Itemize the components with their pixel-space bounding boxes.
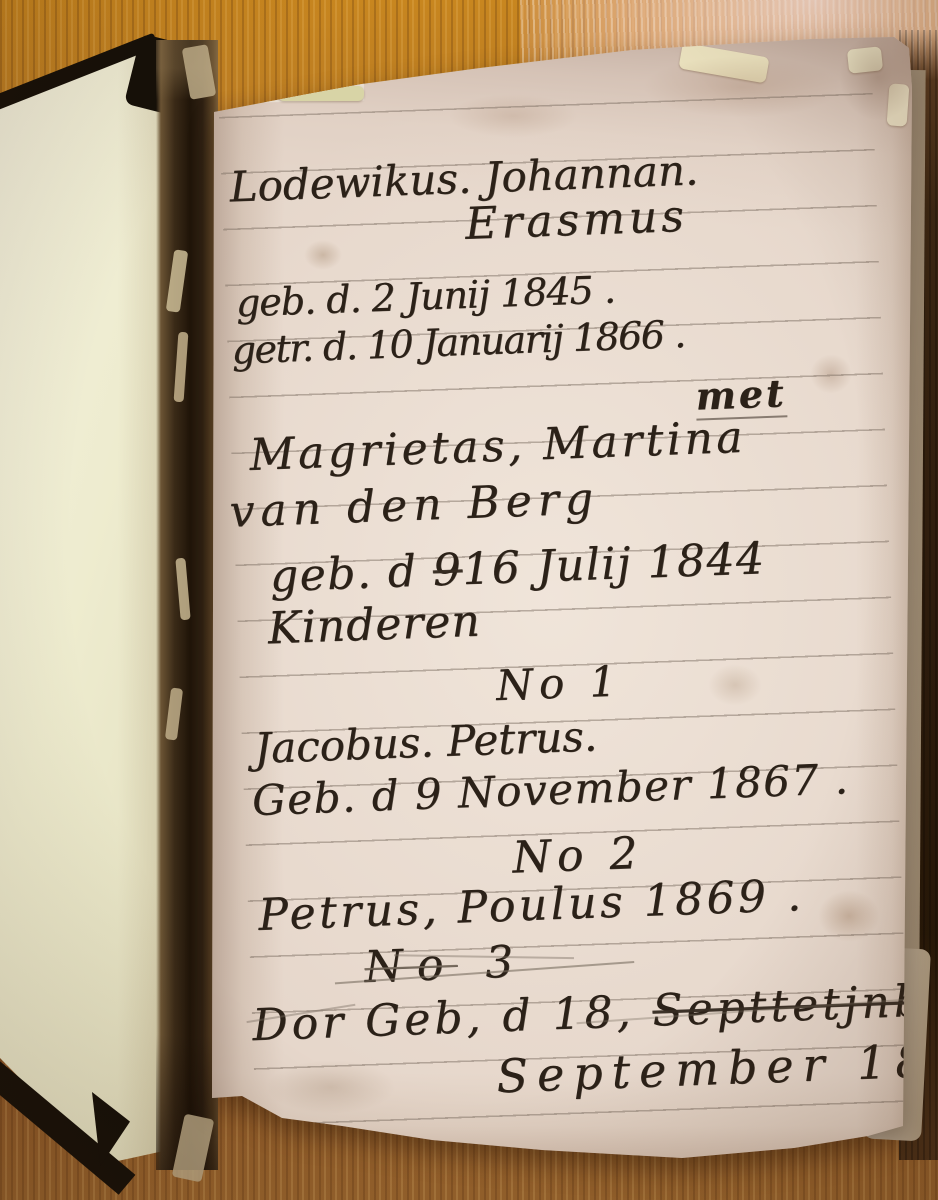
struck-text: 9 <box>432 544 463 596</box>
handwriting-line-no3: No 3 <box>363 936 528 993</box>
register-page-paper: Lodewikus. Johannan. Erasmus geb. d. 2 J… <box>212 28 918 1168</box>
handwriting-line-groom-surname: Erasmus <box>464 191 688 250</box>
page-content: Lodewikus. Johannan. Erasmus geb. d. 2 J… <box>210 3 938 1168</box>
struck-text: No <box>363 939 458 993</box>
handwriting-line-no2: No 2 <box>511 828 644 884</box>
handwriting-line-kinderen-heading: Kinderen <box>267 596 482 655</box>
register-page: Lodewikus. Johannan. Erasmus geb. d. 2 J… <box>212 28 918 1168</box>
text-segment: geb. d <box>269 545 434 602</box>
handwriting-line-no1: No 1 <box>495 656 623 710</box>
text-segment: 3 <box>456 936 528 990</box>
